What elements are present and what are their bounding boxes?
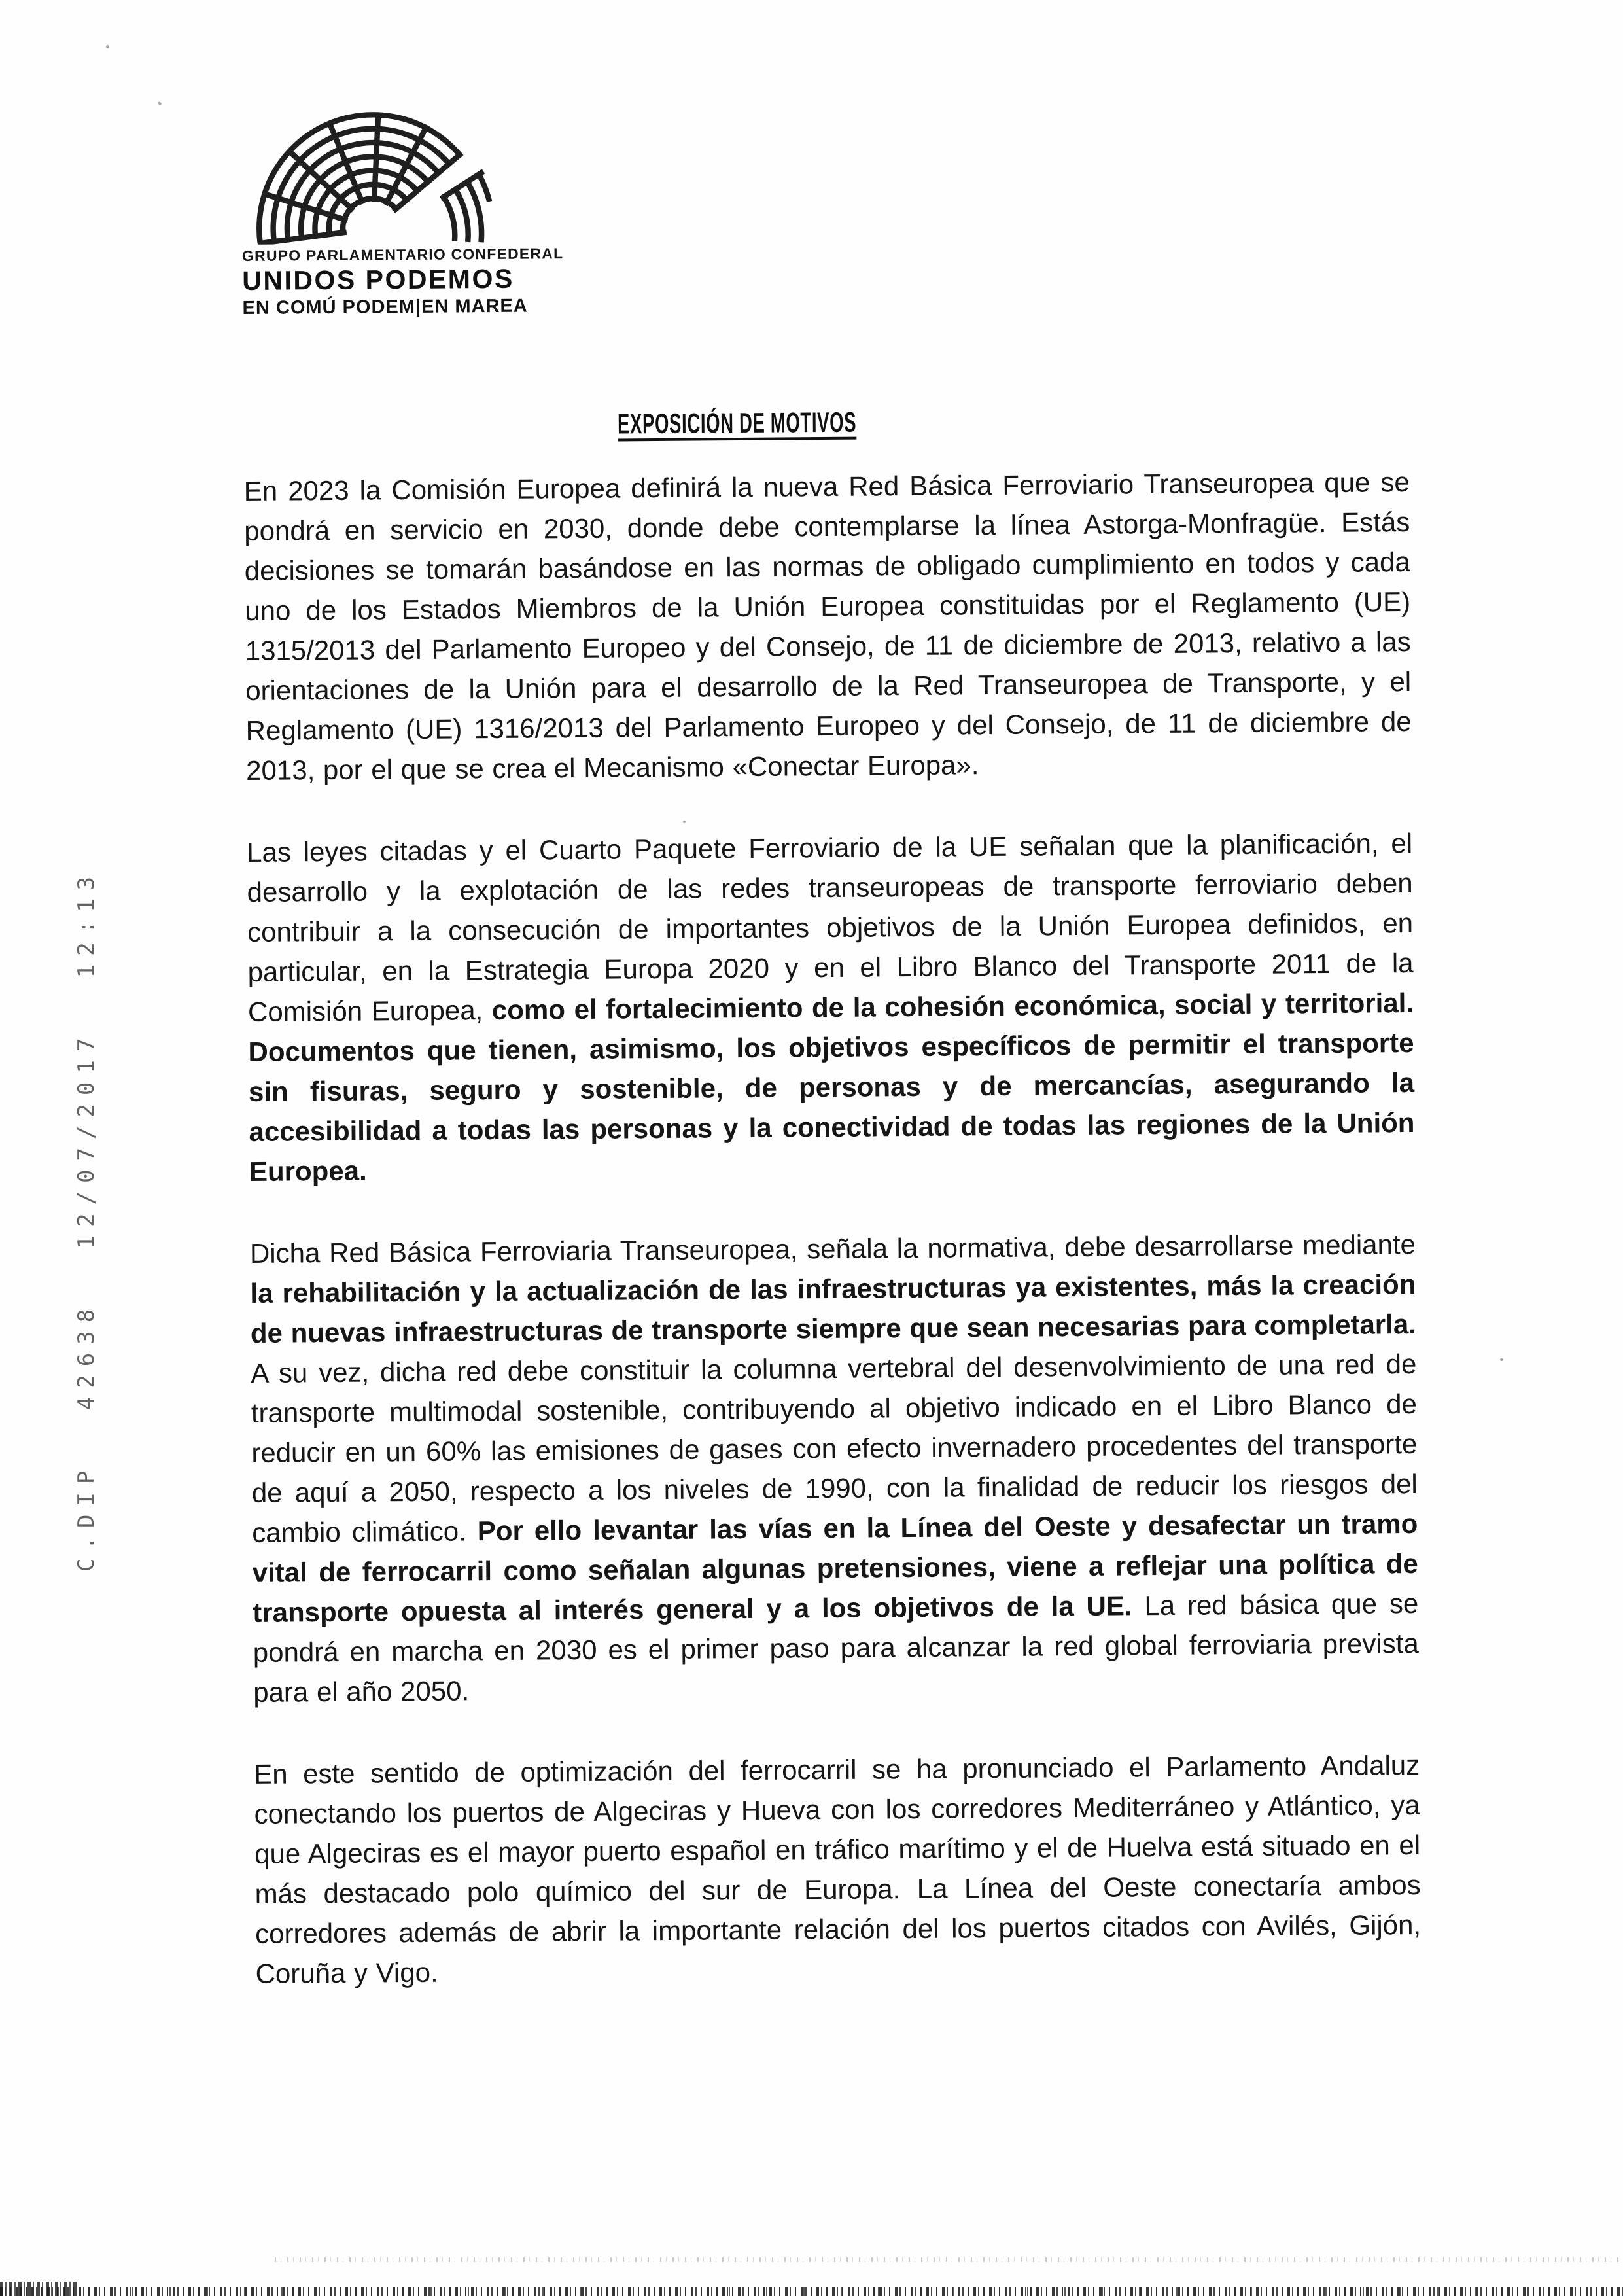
paragraph-1: En 2023 la Comisión Europea definirá la … xyxy=(244,462,1412,790)
registry-stamp: C.DIP 42638 12/07/2017 12:13 xyxy=(73,868,99,1572)
scan-speck xyxy=(1500,1358,1503,1361)
letterhead-coalition-name: EN COMÚ PODEM|EN MAREA xyxy=(242,296,530,319)
scan-speck xyxy=(683,821,686,823)
scan-speck xyxy=(157,101,162,105)
paragraph-2: Las leyes citadas y el Cuarto Paquete Fe… xyxy=(247,823,1415,1192)
letterhead-party-name: UNIDOS PODEMOS xyxy=(242,264,530,296)
scanned-document-page: C.DIP 42638 12/07/2017 12:13 xyxy=(0,0,1623,2296)
letterhead-group-name: GRUPO PARLAMENTARIO CONFEDERAL xyxy=(242,245,530,265)
text-run: En 2023 la Comisión Europea definirá la … xyxy=(244,467,1412,786)
scan-speck xyxy=(106,45,109,48)
scan-noise-line xyxy=(275,2257,1623,2262)
text-run: Dicha Red Básica Ferroviaria Transeurope… xyxy=(250,1229,1416,1269)
document-body: En 2023 la Comisión Europea definirá la … xyxy=(244,462,1422,1994)
text-run: En este sentido de optimización del ferr… xyxy=(254,1750,1421,1989)
title-row: EXPOSICIÓN DE MOTIVOS xyxy=(243,383,1414,434)
paragraph-4: En este sentido de optimización del ferr… xyxy=(254,1745,1422,1994)
document-title: EXPOSICIÓN DE MOTIVOS xyxy=(618,406,857,440)
scan-noise-corner xyxy=(0,2282,79,2296)
scan-noise-bottom-edge xyxy=(0,2287,1623,2296)
printed-content: GRUPO PARLAMENTARIO CONFEDERAL UNIDOS PO… xyxy=(241,81,1427,2036)
text-run-bold: la rehabilitación y la actualización de … xyxy=(250,1269,1416,1349)
paragraph-3: Dicha Red Básica Ferroviaria Transeurope… xyxy=(250,1224,1420,1712)
letterhead: GRUPO PARLAMENTARIO CONFEDERAL UNIDOS PO… xyxy=(241,88,531,319)
parliament-hemicycle-logo xyxy=(243,88,508,245)
